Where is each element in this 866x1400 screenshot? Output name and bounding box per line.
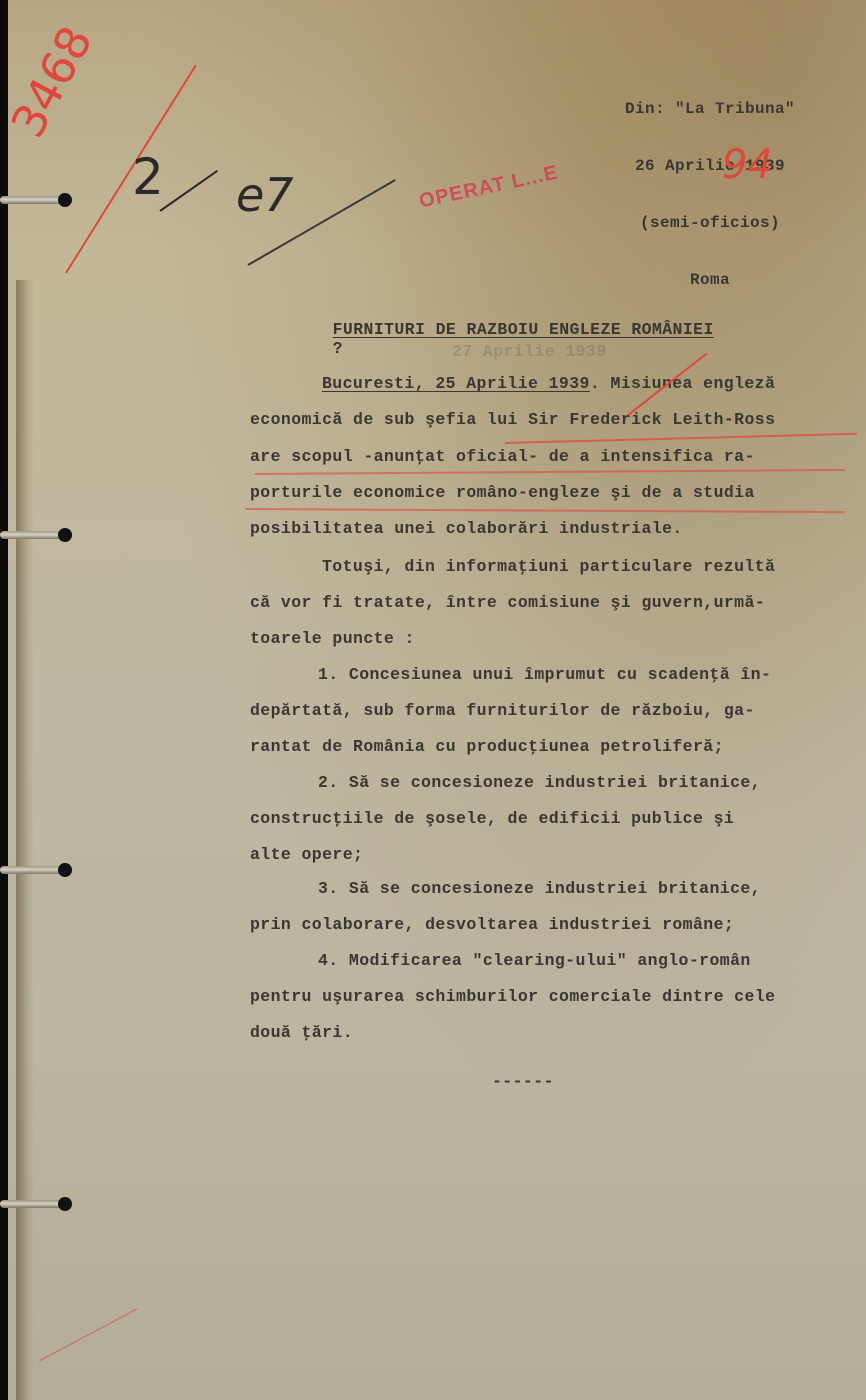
dateline: Bucuresti, 25 Aprilie 1939 <box>322 374 590 393</box>
red-page-number: 94 <box>722 142 773 188</box>
body-line-4: porturile economice româno-engleze şi de… <box>250 483 755 502</box>
title-question-mark: ? <box>333 339 343 358</box>
point-1-line-3: rantat de România cu producţiunea petrol… <box>250 737 724 756</box>
page-fold-shadow <box>16 280 34 1400</box>
pencil-mark-2: 2 <box>132 148 164 206</box>
point-4-line-1: 4. Modificarea "clearing-ului" anglo-rom… <box>318 951 751 970</box>
point-2-line-2: construcţiile de şosele, de edificii pub… <box>250 809 734 828</box>
point-1-line-2: depărtată, sub forma furniturilor de răz… <box>250 701 755 720</box>
point-2-line-3: alte opere; <box>250 845 363 864</box>
end-mark: ------ <box>492 1072 554 1091</box>
body-line-7: că vor fi tratate, între comisiune şi gu… <box>250 593 765 612</box>
point-4-line-2: pentru uşurarea schimburilor comerciale … <box>250 987 775 1006</box>
pencil-mark-e7: e7 <box>236 168 294 222</box>
binding-string-3 <box>0 866 68 874</box>
body-line-2: economică de sub şefia lui Sir Frederick… <box>250 410 775 429</box>
source-header-line2: 26 Aprilie 1939 <box>595 157 825 176</box>
source-header-line1: Din: "La Tribuna" <box>595 100 825 119</box>
dateline-rest: . Misiunea engleză <box>590 374 775 393</box>
source-header: Din: "La Tribuna" 26 Aprilie 1939 (semi-… <box>595 62 825 309</box>
point-2-line-1: 2. Să se concesioneze industriei britani… <box>318 773 761 792</box>
point-4-line-3: două ţări. <box>250 1023 353 1042</box>
binding-string-2 <box>0 531 68 539</box>
body-line-1: Bucuresti, 25 Aprilie 1939. Misiunea eng… <box>322 374 775 393</box>
source-header-line3: (semi-oficios) <box>595 214 825 233</box>
title-text: FURNITURI DE RAZBOIU ENGLEZE ROMÂNIEI <box>333 320 714 339</box>
binding-string-1 <box>0 196 68 204</box>
body-line-5: posibilitatea unei colaborări industrial… <box>250 519 683 538</box>
source-header-line4: Roma <box>595 271 825 290</box>
body-line-6: Totuşi, din informaţiuni particulare rez… <box>322 557 775 576</box>
point-3-line-2: prin colaborare, desvoltarea industriei … <box>250 915 734 934</box>
binder-spine <box>0 0 8 1400</box>
point-1-line-1: 1. Concesiunea unui împrumut cu scadenţă… <box>318 665 771 684</box>
body-line-3: are scopul -anunţat oficial- de a intens… <box>250 447 755 466</box>
body-line-8: toarele puncte : <box>250 629 415 648</box>
document-title: FURNITURI DE RAZBOIU ENGLEZE ROMÂNIEI ? <box>312 301 714 358</box>
binding-string-4 <box>0 1200 68 1208</box>
point-3-line-1: 3. Să se concesioneze industriei britani… <box>318 879 761 898</box>
